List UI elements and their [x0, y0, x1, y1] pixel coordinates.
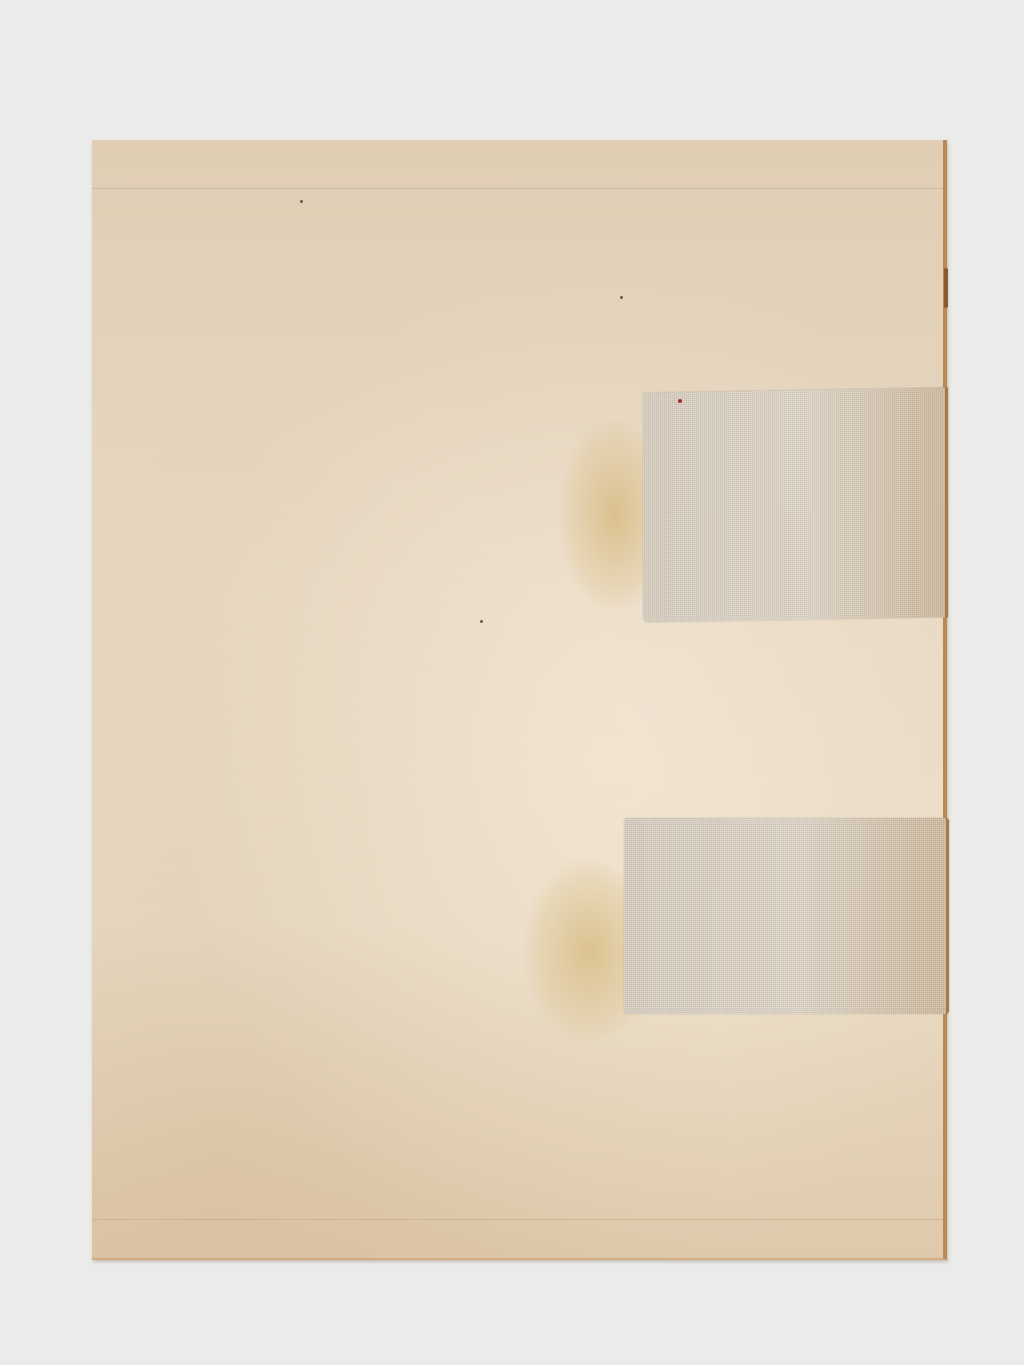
red-mark [678, 399, 682, 403]
bottom-fold-line [92, 1219, 947, 1220]
speck [300, 200, 303, 203]
speck [620, 296, 623, 299]
top-fold-line [92, 188, 947, 189]
cloth-tape-lower [624, 818, 949, 1014]
spine-tear [944, 268, 948, 308]
cloth-tape-upper [643, 387, 948, 622]
speck [480, 620, 483, 623]
book-cover [92, 140, 947, 1260]
